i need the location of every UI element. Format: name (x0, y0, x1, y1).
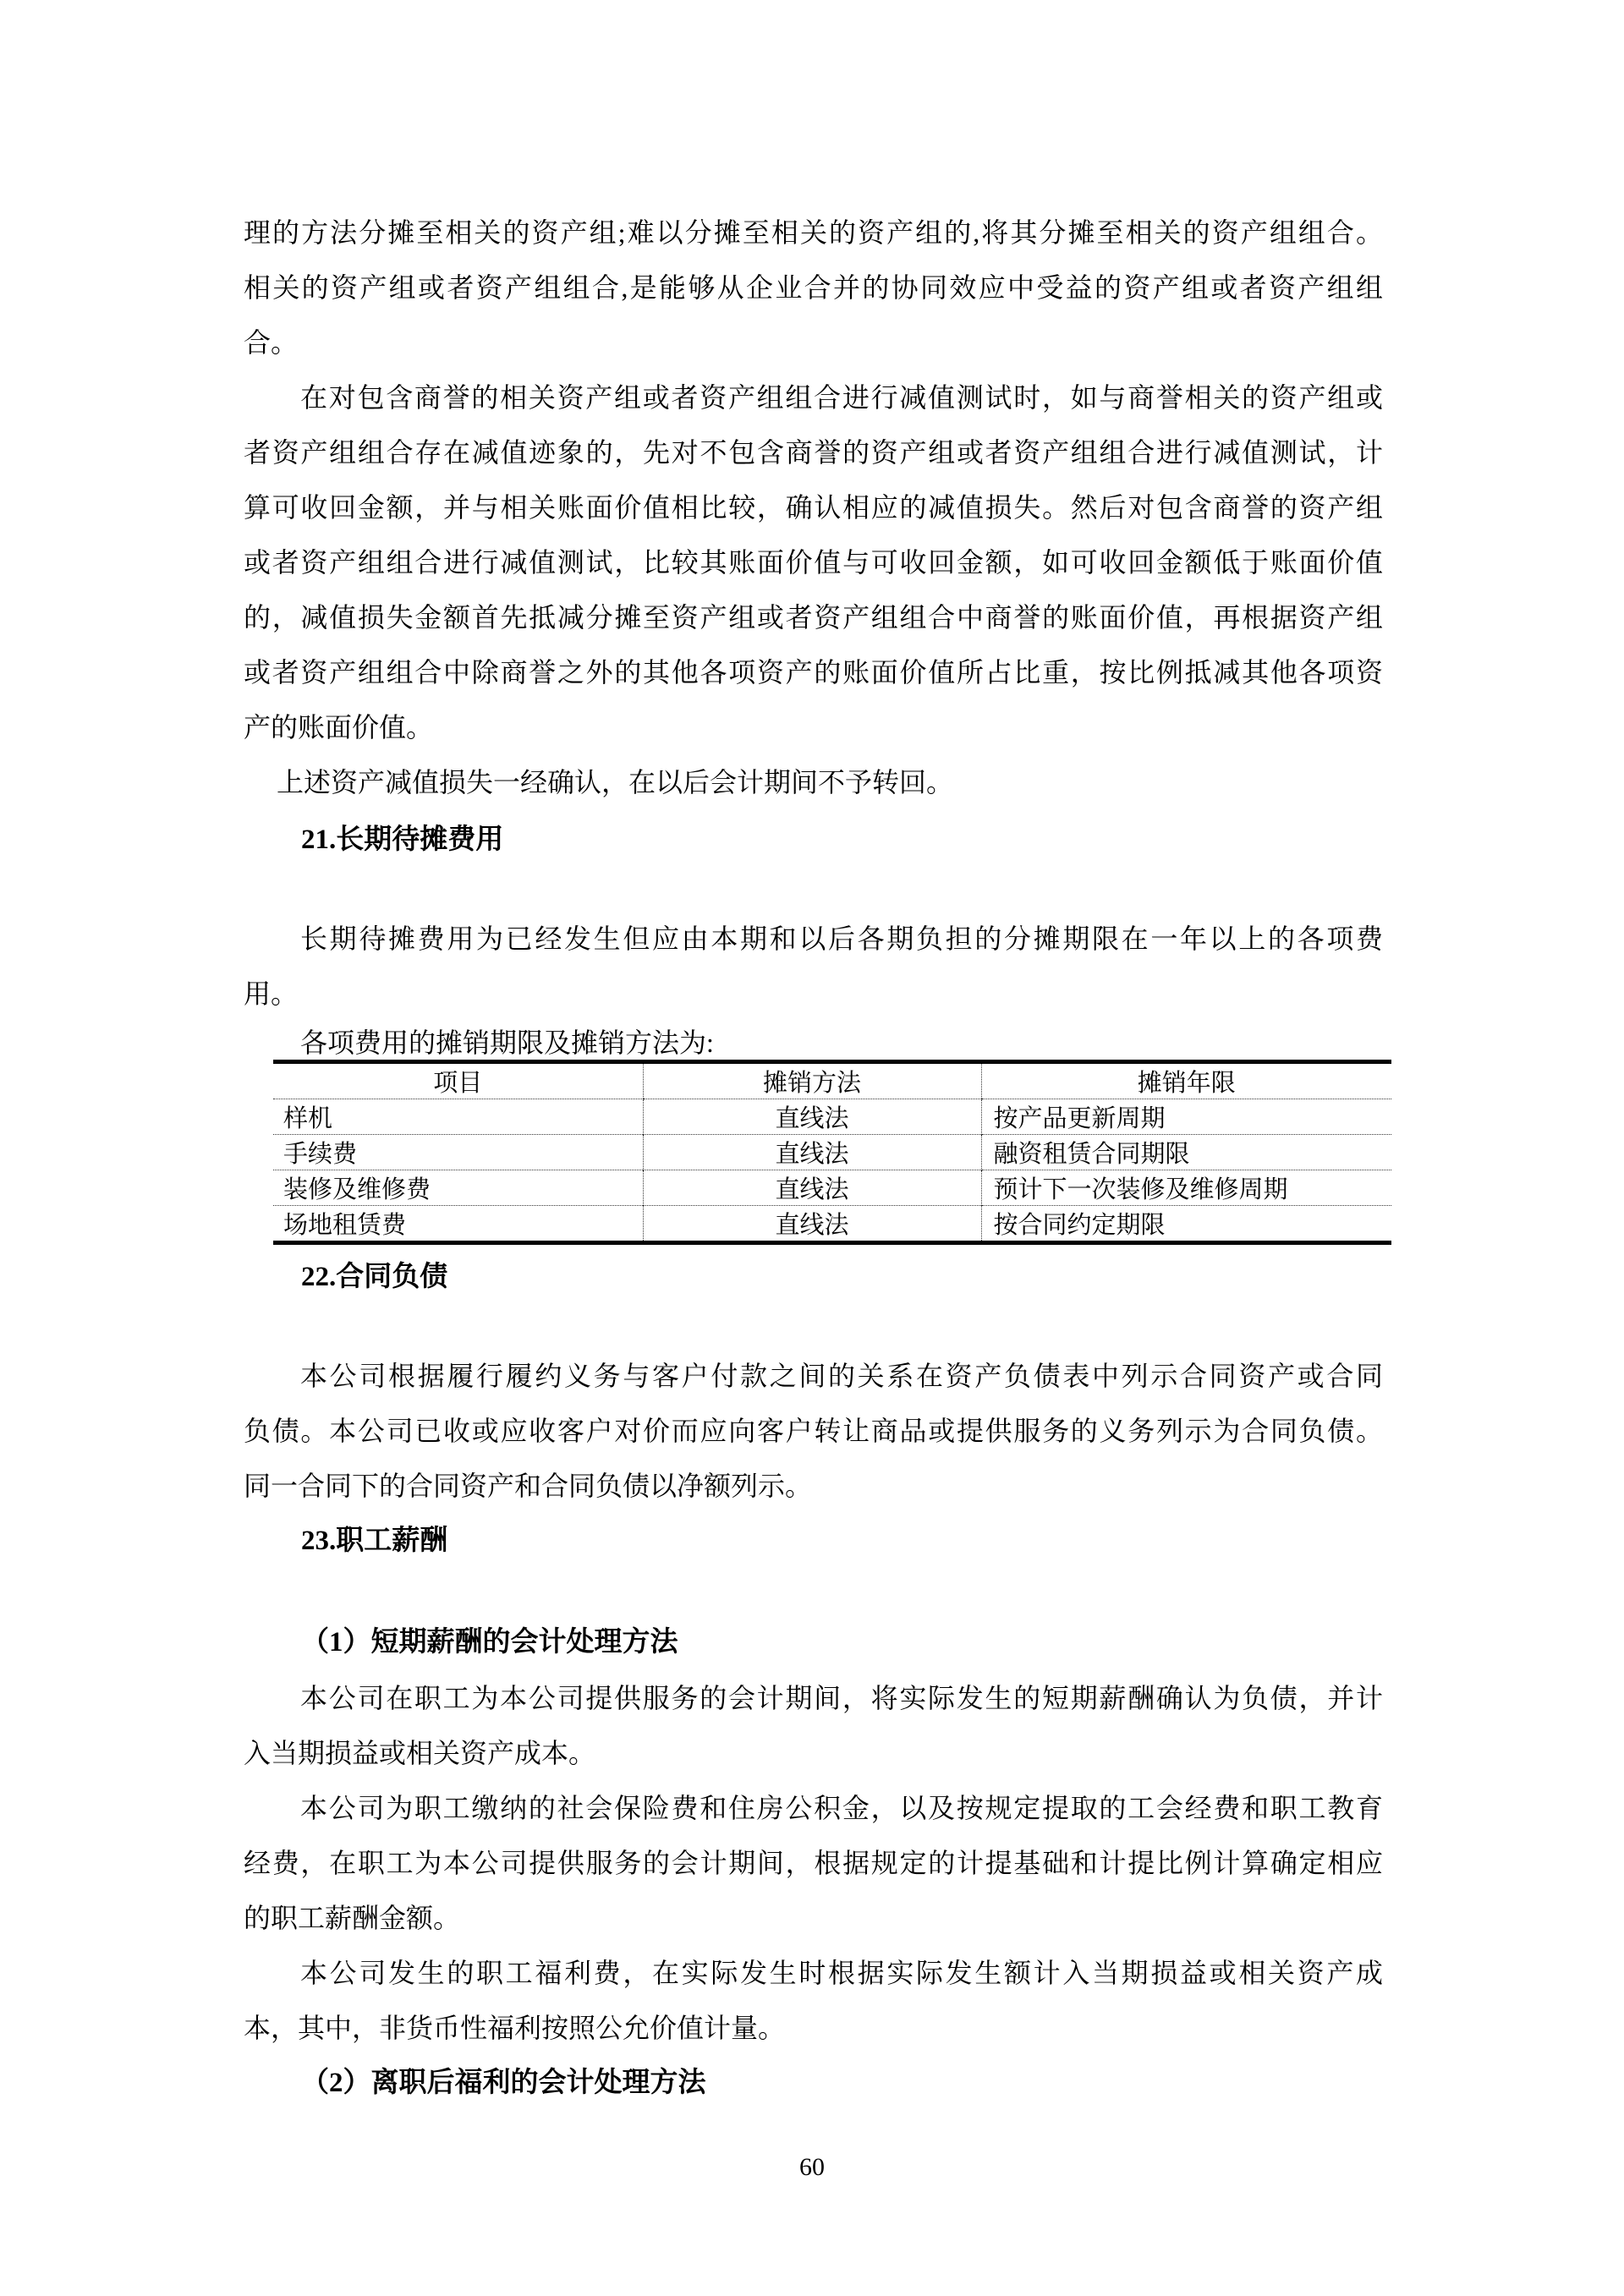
body-line: 长期待摊费用为已经发生但应由本期和以后各期负担的分摊期限在一年以上的各项费 (244, 922, 1383, 956)
body-line: 的，减值损失金额首先抵减分摊至资产组或者资产组组合中商誉的账面价值，再根据资产组 (244, 600, 1383, 634)
impairment-note-line: 上述资产减值损失一经确认，在以后会计期间不予转回。 (244, 765, 1383, 799)
subsection-heading-23-2: （2）离职后福利的会计处理方法 (301, 2066, 706, 2100)
body-line: 合。 (244, 326, 1383, 359)
table-intro-line: 各项费用的摊销期限及摊销方法为: (244, 1026, 1383, 1060)
body-line: 入当期损益或相关资产成本。 (244, 1736, 1383, 1770)
body-line: 经费，在职工为本公司提供服务的会计期间，根据规定的计提基础和计提比例计算确定相应 (244, 1846, 1383, 1880)
table-cell: 按产品更新周期 (981, 1099, 1391, 1135)
page-number: 60 (0, 2152, 1624, 2183)
section-heading-22: 22.合同负债 (301, 1260, 447, 1294)
body-line: 本公司为职工缴纳的社会保险费和住房公积金，以及按规定提取的工会经费和职工教育 (244, 1791, 1383, 1825)
body-line: 本公司在职工为本公司提供服务的会计期间，将实际发生的短期薪酬确认为负债，并计 (244, 1681, 1383, 1715)
table-cell: 按合同约定期限 (981, 1206, 1391, 1243)
body-line: 或者资产组组合中除商誉之外的其他各项资产的账面价值所占比重，按比例抵减其他各项资 (244, 655, 1383, 689)
table-row: 样机 直线法 按产品更新周期 (273, 1099, 1391, 1135)
table-cell: 装修及维修费 (273, 1170, 643, 1206)
table-header-row: 项目 摊销方法 摊销年限 (273, 1062, 1391, 1099)
table-cell: 预计下一次装修及维修周期 (981, 1170, 1391, 1206)
section-heading-23: 23.职工薪酬 (301, 1524, 447, 1558)
table-row: 手续费 直线法 融资租赁合同期限 (273, 1135, 1391, 1170)
body-line: 本公司根据履行履约义务与客户付款之间的关系在资产负债表中列示合同资产或合同 (244, 1359, 1383, 1393)
body-line: 理的方法分摊至相关的资产组;难以分摊至相关的资产组的,将其分摊至相关的资产组组合… (244, 216, 1383, 249)
body-line: 同一合同下的合同资产和合同负债以净额列示。 (244, 1469, 1383, 1503)
body-line: 用。 (244, 977, 1383, 1011)
body-line: 本公司发生的职工福利费，在实际发生时根据实际发生额计入当期损益或相关资产成 (244, 1956, 1383, 1990)
amortization-table: 项目 摊销方法 摊销年限 样机 直线法 按产品更新周期 手续费 直线法 融资租赁… (273, 1060, 1391, 1245)
table-cell: 场地租赁费 (273, 1206, 643, 1243)
section-heading-21: 21.长期待摊费用 (301, 823, 503, 857)
body-line: 在对包含商誉的相关资产组或者资产组组合进行减值测试时，如与商誉相关的资产组或 (244, 381, 1383, 414)
table-cell: 样机 (273, 1099, 643, 1135)
body-line: 者资产组组合存在减值迹象的，先对不包含商誉的资产组或者资产组组合进行减值测试，计 (244, 436, 1383, 469)
table-cell: 直线法 (643, 1135, 981, 1170)
document-page: 理的方法分摊至相关的资产组;难以分摊至相关的资产组的,将其分摊至相关的资产组组合… (0, 0, 1624, 2296)
table-cell: 融资租赁合同期限 (981, 1135, 1391, 1170)
body-line: 的职工薪酬金额。 (244, 1901, 1383, 1935)
subsection-heading-23-1: （1）短期薪酬的会计处理方法 (301, 1625, 678, 1659)
table-cell: 直线法 (643, 1206, 981, 1243)
table-header-period: 摊销年限 (981, 1062, 1391, 1099)
body-line: 算可收回金额，并与相关账面价值相比较，确认相应的减值损失。然后对包含商誉的资产组 (244, 490, 1383, 524)
table-cell: 直线法 (643, 1099, 981, 1135)
table-row: 装修及维修费 直线法 预计下一次装修及维修周期 (273, 1170, 1391, 1206)
table-header-method: 摊销方法 (643, 1062, 981, 1099)
table-cell: 直线法 (643, 1170, 981, 1206)
body-line: 相关的资产组或者资产组组合,是能够从企业合并的协同效应中受益的资产组或者资产组组 (244, 271, 1383, 304)
table-row: 场地租赁费 直线法 按合同约定期限 (273, 1206, 1391, 1243)
table-cell: 手续费 (273, 1135, 643, 1170)
body-line: 负债。本公司已收或应收客户对价而应向客户转让商品或提供服务的义务列示为合同负债。 (244, 1414, 1383, 1448)
table-header-item: 项目 (273, 1062, 643, 1099)
body-line: 或者资产组组合进行减值测试，比较其账面价值与可收回金额，如可收回金额低于账面价值 (244, 545, 1383, 579)
body-line: 本，其中，非货币性福利按照公允价值计量。 (244, 2011, 1383, 2045)
body-line: 产的账面价值。 (244, 710, 1383, 744)
